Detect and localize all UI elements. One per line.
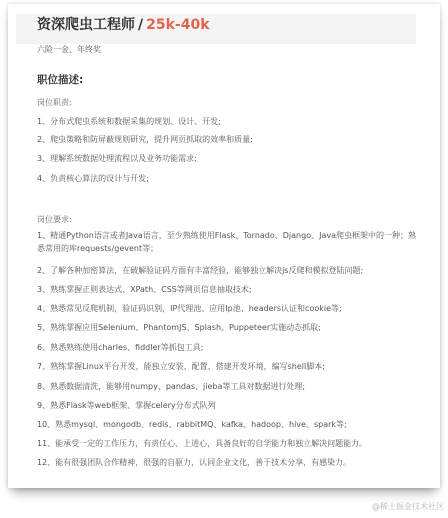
requirement-item: 12、能有很强团队合作精神，很强的自驱力，认同企业文化，善于技术分享，有感染力。	[37, 456, 422, 469]
requirement-item: 4、熟悉常见反爬机制，验证码识别，IP代理池、应用Ip池、headers认证和c…	[37, 302, 422, 315]
requirement-item: 10、熟悉mysql、mongodb、redis、rabbitMQ、kafka、…	[37, 418, 422, 431]
job-title: 资深爬虫工程师	[37, 17, 135, 33]
requirement-item: 1、精通Python语言或者Java语言，至少熟练使用Flask、Tornado…	[37, 229, 422, 255]
job-title-line: 资深爬虫工程师/25k-40k	[37, 16, 210, 34]
benefits: 六险一金、年终奖	[37, 44, 101, 55]
requirement-item: 3、熟练掌握正则表达式、XPath、CSS等网页信息抽取技术;	[37, 283, 422, 296]
title-separator: /	[138, 17, 143, 33]
responsibility-item: 2、爬虫策略和防屏蔽规则研究，提升网页抓取的效率和质量;	[37, 133, 422, 146]
responsibilities-label: 岗位职责:	[37, 97, 72, 108]
requirement-item: 6、熟悉熟练使用charles、fiddler等抓包工具;	[37, 341, 422, 354]
requirement-item: 11、能承受一定的工作压力，有责任心、上进心，具备良好的自学能力和独立解决问题能…	[37, 437, 422, 450]
responsibility-item: 1、分布式爬虫系统和数据采集的规划、设计、开发;	[37, 115, 422, 128]
salary-range: 25k-40k	[146, 17, 209, 33]
responsibility-item: 3、理解系统数据处理流程以及业务功能需求;	[37, 152, 422, 165]
requirement-item: 9、熟悉Flask等web框架、掌握celery分布式队列	[37, 399, 422, 412]
requirement-item: 5、熟练掌握应用Selenium、PhantomJS、Splash、Puppet…	[37, 321, 422, 334]
requirements-label: 岗位要求:	[37, 214, 72, 225]
responsibility-item: 4、负责核心算法的设计与开发;	[37, 172, 422, 185]
requirement-item: 8、熟悉数据清洗，能够用numpy、pandas、jieba等工具对数据进行处理…	[37, 380, 422, 393]
watermark: @稀土掘金技术社区	[372, 501, 444, 512]
requirement-item: 2、了解各种加密算法，在破解验证码方面有丰富经验，能够独立解决js反爬和模拟登陆…	[37, 264, 422, 277]
section-heading: 职位描述:	[37, 72, 83, 87]
requirement-item: 7、熟练掌握Linux平台开发，能独立安装、配置、搭建开发环境，编写shell脚…	[37, 360, 422, 373]
